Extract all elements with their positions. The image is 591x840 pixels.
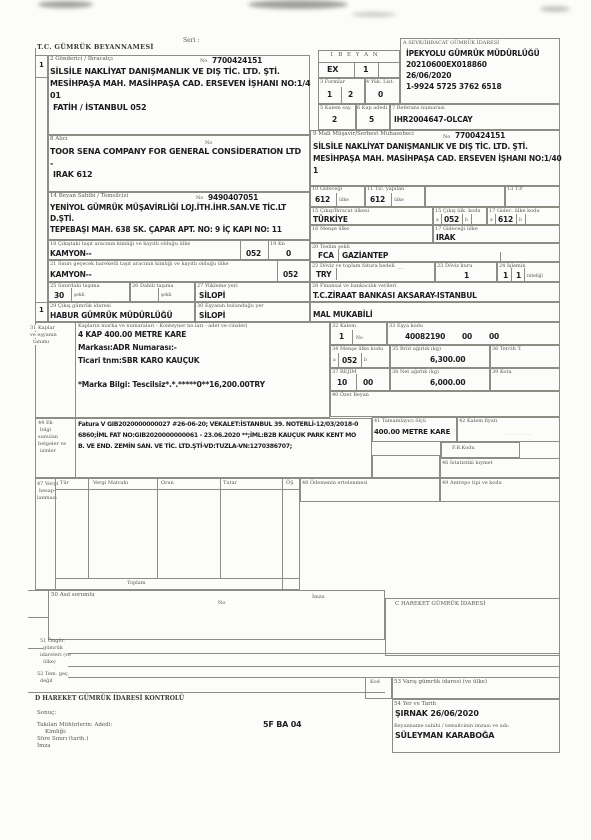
box-17a-label: 17 Gidec. ülke kodu	[489, 208, 540, 214]
box-16-label: 16 Menşe ülke	[312, 226, 349, 232]
tax-col-os: ÖŞ	[286, 480, 294, 486]
box-8-consignee	[48, 135, 310, 192]
exit-office: HABUR GÜMRÜK MÜDÜRLÜĞÜ	[50, 311, 172, 320]
declaration-date: 26/06/2020	[406, 71, 451, 80]
trading-country-code: 612	[370, 195, 385, 204]
box-17a-a: a	[490, 218, 493, 223]
sender-name: SİLSİLE NAKLİYAT DANIŞMANLIK VE DIŞ TİC.…	[50, 67, 280, 76]
divider-line	[220, 478, 221, 578]
currency-code: TRY	[316, 270, 331, 279]
advisor-name: SİLSİLE NAKLİYAT DANIŞMANLIK VE DIŞ TİC.…	[313, 142, 528, 151]
box-9-no-label: No	[443, 134, 450, 140]
divider-line	[338, 249, 339, 262]
box-21-label: 21 Sınırı geçecek hareketli taşıt aracın…	[50, 261, 229, 267]
tax-col-type: Tür	[60, 480, 69, 486]
strip-item-number-top: 1	[39, 61, 44, 69]
box-a-label: A SEVK/İHRACAT GÜMRÜK İDARESİ	[403, 40, 499, 46]
box-50-principal	[48, 590, 385, 640]
box-37-label: 37 REJİM	[332, 369, 356, 375]
box-4-label: 4 Yük. List.	[366, 79, 394, 85]
time-limit-label: Süre Sınırı (tarih.)	[37, 736, 88, 742]
fb-code-label: F.B.Kodu	[452, 445, 475, 451]
items-count: 2	[332, 115, 337, 124]
box-18-label: 18 Çıkıştaki taşıt aracının kimliği ve k…	[50, 241, 190, 247]
origin-country-code: 052	[342, 356, 357, 365]
signature-label: İmza	[37, 743, 51, 749]
box-44-side-3: sunulan	[38, 434, 58, 440]
box-11-label: 11 Tic. yapılan	[367, 186, 404, 192]
loading-lists-value: 0	[378, 90, 383, 99]
box-50-label: 50 Asıl sorumlu	[51, 592, 95, 598]
box-10-unit: ülke	[339, 198, 349, 203]
divider-line	[268, 240, 269, 260]
tax-col-amount: Tutar	[223, 480, 237, 486]
form-title: T.C. GÜMRÜK BEYANNAMESİ	[37, 43, 154, 51]
declarant-tax-number: 9490407051	[208, 193, 258, 202]
divider-line	[495, 214, 496, 225]
divider-line	[352, 330, 353, 345]
goods-location: SİLOPİ	[199, 311, 225, 320]
divider-line	[35, 77, 48, 78]
box-15a-b: b	[465, 218, 468, 223]
kod-label: Kod	[370, 679, 380, 685]
divider-line	[75, 418, 76, 478]
box-54-label: 54 Yer ve Tarih	[394, 701, 436, 707]
box-5-label: 5 Kalem say.	[320, 105, 352, 111]
sender-address-2: 01	[50, 91, 61, 100]
divider-line	[240, 240, 241, 260]
box-48-label: 48 Ödemenin ertelenmesi	[302, 480, 368, 486]
box-44-side-5: izinler	[40, 448, 56, 454]
divider-line	[525, 214, 526, 225]
box-50-no-label: No	[218, 600, 225, 606]
box-c-label: C HAREKET GÜMRÜK İDARESİ	[395, 601, 485, 607]
box-11-unit: ülke	[394, 198, 404, 203]
divider-line	[88, 478, 89, 578]
box-22-label: 22 Döviz ve toplam fatura bedeli	[312, 263, 395, 269]
box-26-label: 26 Dahili taşıma	[132, 283, 173, 289]
result-label: Sonuç:	[37, 710, 56, 716]
box-47-side-2: hesap-	[39, 488, 56, 494]
tax-total-label: Toplam	[127, 580, 145, 586]
hs-code-suffix-1: 00	[462, 332, 472, 341]
box-38-label: 38 Net ağırlık (kg)	[392, 369, 439, 375]
hs-code-suffix-2: 00	[489, 332, 499, 341]
scan-artifact	[352, 12, 396, 17]
box-31-side-label-2: ve eşyanın	[30, 332, 57, 338]
box-49-label: 49 Antrepo tipi ve kodu	[442, 480, 502, 486]
packages-count: 5	[369, 115, 374, 124]
declaration-number: 20210600EX018860	[406, 60, 487, 69]
box-3-label: 3 Formlar	[320, 79, 345, 85]
box-13-label: 13 T.P.	[507, 186, 523, 192]
divider-line	[282, 478, 283, 590]
container-flag: 0	[286, 249, 291, 258]
divider-line	[341, 87, 342, 104]
advisor-address-2: 1	[313, 166, 318, 175]
box-25-label: 25 Sınırdaki taşıma	[50, 283, 99, 289]
border-transport-identity: KAMYON--	[50, 270, 92, 279]
box-41-label: 41 Tamamlayıcı ölçü	[374, 418, 426, 424]
box-26-unit: şekli	[161, 293, 172, 298]
divider-line	[511, 268, 512, 282]
box-12-empty	[425, 185, 505, 207]
box-51-side-3: idareleri (ve	[40, 652, 71, 658]
advisor-address-1: MESİHPAŞA MAH. MASİHPAŞA CAD. ERSEVEN İŞ…	[313, 154, 562, 163]
divider-line	[68, 666, 559, 667]
declarant-name: YENİYOL GÜMRÜK MÜŞAVİRLİĞİ LOJ.İTH.İHR.S…	[50, 203, 286, 212]
box-14-label: 14 Beyan Sahibi / Temsilcisi	[50, 193, 128, 199]
forms-value-2: 2	[348, 90, 353, 99]
consignee-country: IRAK 612	[53, 170, 92, 179]
seals-label: Takılan Mühürlerin: Adedi:	[37, 722, 112, 728]
transaction-code-2: 1	[516, 271, 521, 280]
divider-line	[338, 353, 339, 368]
export-country: TÜRKİYE	[313, 215, 348, 224]
box-47-tax-table	[35, 478, 300, 590]
box-32-label: 32 Kalem	[332, 323, 356, 329]
box-15-label: 15 Çıkış/İhracat ülkesi	[312, 208, 369, 214]
box-29-label: 29 Çıkış gümrük idaresi	[50, 303, 111, 309]
box-31-side-label-3: tanımı	[33, 339, 49, 345]
scan-artifact: .......	[505, 430, 532, 437]
box-23-label: 23 Döviz kuru	[437, 263, 472, 269]
box-47-side-3: lanması	[37, 495, 57, 501]
sender-tax-number: 7700424151	[212, 56, 262, 65]
divider-line	[55, 478, 56, 590]
box-34-label: 34 Menşe ülke kodu	[332, 346, 383, 352]
box-19-label: 19 Kn	[270, 241, 285, 247]
box-51-side-4: ülke)	[43, 659, 56, 665]
box-52-side-1: 52 Tem. geç.	[37, 671, 69, 677]
scan-artifact	[540, 6, 570, 12]
brand-info: *Marka Bilgi: Tescilsiz*.*.*****0**16,20…	[78, 380, 265, 389]
box-46-label: 46 İstatistiki kıymet	[442, 460, 493, 466]
box-31-side-label-1: 31 Kaplar	[30, 325, 55, 331]
supplementary-units: 400.00 METRE KARE	[374, 428, 450, 436]
gross-weight: 6,300.00	[430, 355, 465, 364]
tax-col-base: Vergi Matrahı	[93, 480, 128, 486]
box-53-label: 53 Varış gümrük idaresi (ve ülke)	[394, 679, 487, 685]
scan-artifact	[248, 0, 348, 9]
divider-line	[71, 288, 72, 302]
margin-tick	[28, 590, 48, 591]
declaration-type-2: 1	[363, 65, 368, 74]
dest-country-code: 612	[498, 215, 513, 224]
seals-identity-label: Kimliği:	[45, 729, 67, 735]
divider-line	[28, 692, 385, 693]
box-39-label: 39 Kota	[492, 369, 512, 375]
divider-line	[68, 653, 559, 654]
marks-description: Markası:ADR Numarası:-	[78, 343, 177, 352]
box-27-label: 27 Yükleme yeri	[197, 283, 238, 289]
box-30-label: 30 Eşyanın bulunduğu yer	[197, 303, 264, 309]
export-office-name: İPEKYOLU GÜMRÜK MÜDÜRLÜĞÜ	[406, 49, 539, 58]
signature-caption: Beyanname sahibi / temsilcinin imzası ve…	[394, 723, 509, 729]
box-51-side-1: 51 Öngör.	[40, 638, 65, 644]
divider-line	[462, 214, 463, 225]
box-14-no-label: No	[196, 195, 203, 201]
box-34-b: b	[364, 358, 367, 363]
divider-line	[55, 578, 300, 579]
box-15a-a: a	[436, 218, 439, 223]
documents-line-1: Fatura V GIB2020000000027 #26-06-20; VEK…	[78, 421, 358, 428]
box-45-empty	[372, 455, 440, 478]
delivery-place: GAZİANTEP	[342, 251, 388, 260]
box-31-top-label: Kapların marka ve numaraları - Konteyner…	[78, 323, 247, 329]
box-8-label: 8 Alıcı	[50, 136, 68, 142]
box-35-label: 35 Brüt ağırlık (kg)	[392, 346, 441, 352]
divider-line	[471, 214, 472, 225]
procedure-code-2: 00	[363, 378, 373, 387]
payment-method: MAL MUKABİLİ	[313, 310, 373, 319]
box-d-title: D HAREKET GÜMRÜK İDARESİ KONTROLÜ	[35, 695, 184, 702]
divider-line	[35, 302, 48, 303]
dest-country: IRAK	[436, 233, 455, 242]
divider-line	[55, 489, 300, 490]
place-and-date: ŞIRNAK 26/06/2020	[395, 709, 479, 718]
box-44-side-2: bilgi	[40, 427, 51, 433]
divider-line	[277, 260, 278, 282]
divider-line	[356, 374, 357, 391]
box-28-label: 28 Finansal ve bankacılık verileri	[312, 283, 397, 289]
advisor-tax-number: 7700424151	[455, 131, 505, 140]
divider-line	[441, 214, 442, 225]
divider-line	[68, 677, 365, 678]
box-32-unit: No	[356, 336, 363, 341]
box-44-side-1: 44 Ek	[38, 420, 53, 426]
divider-line	[336, 193, 337, 207]
border-transport-mode: 30	[54, 291, 64, 300]
consignee-name: TOOR SENA COMPANY FOR GENERAL CONSİDERAT…	[50, 147, 301, 156]
box-42-label: 42 Kalem fiyatı	[459, 418, 497, 424]
seri-label: Seri :	[183, 37, 199, 44]
box-34-a: a	[333, 358, 336, 363]
box-33-label: 33 Eşya kodu	[389, 323, 423, 329]
divider-line	[75, 322, 76, 418]
divider-line	[361, 353, 362, 368]
box-10-label: 10 Gideceği	[312, 186, 342, 192]
divider-line	[336, 268, 337, 280]
incoterm: FCA	[318, 251, 334, 260]
declarant-signature-name: SÜLEYMAN KARABOĞA	[395, 731, 494, 740]
customs-declaration-scan: T.C. GÜMRÜK BEYANNAMESİ Seri : A SEVK/İH…	[0, 0, 591, 840]
exchange-rate: 1	[464, 271, 469, 280]
divider-line	[391, 193, 392, 207]
transport-country-code: 052	[246, 249, 261, 258]
left-item-strip	[35, 55, 48, 322]
margin-tick	[28, 648, 43, 649]
documents-line-3: B. VE END. ZEMİN SAN. VE TİC. LTD.ŞTİ-VD…	[78, 443, 292, 450]
box-7-label: 7 Referans numarası	[392, 105, 445, 111]
consignee-address-1: -	[50, 159, 53, 168]
box-24-unit: niteliği	[527, 274, 543, 279]
box-50-signature-label: İmza	[312, 594, 324, 600]
divider-line	[354, 62, 355, 78]
box-51-side-2: gümrük	[43, 645, 63, 651]
destination-code: 612	[315, 195, 330, 204]
reference-number: IHR2004647-OLCAY	[394, 115, 472, 124]
declarant-address: TEPEBAŞI MAH. 638 SK. ÇAPAR APT. NO: 9 İ…	[50, 225, 282, 234]
divider-line	[157, 478, 158, 578]
item-number: 1	[339, 332, 344, 341]
divider-line	[524, 268, 525, 282]
bank-info: T.C.ZİRAAT BANKASI AKSARAY-ISTANBUL	[313, 291, 477, 300]
box-2-label: 2 Gönderici / İhracatçı	[50, 56, 113, 62]
declaration-type: EX	[327, 65, 338, 74]
declaration-ref-number: 1-9924 5725 3762 6518	[406, 82, 501, 91]
control-code: 5F BA 04	[263, 720, 301, 729]
box-1-label: 1 B E Y A N	[330, 52, 379, 58]
scan-artifact	[38, 1, 93, 8]
loading-place: SİLOPİ	[199, 291, 225, 300]
divider-line	[378, 62, 379, 78]
sender-address-1: MESİHPAŞA MAH. MASİHPAŞA CAD. ERSEVEN İŞ…	[50, 79, 310, 88]
divider-line	[500, 252, 501, 262]
scan-artifact: ᵔᵔ	[398, 267, 403, 274]
tax-col-rate: Oran	[161, 480, 174, 486]
documents-line-2: 6860;İML FAT NO:GIB2020000000061 - 23.06…	[78, 432, 356, 439]
margin-tick	[28, 617, 48, 618]
procedure-code-1: 10	[337, 378, 347, 387]
transport-identity: KAMYON--	[50, 249, 92, 258]
sender-city: FATİH / İSTANBUL 052	[53, 103, 146, 112]
box-52-side-2: değil	[40, 678, 53, 684]
trade-name: Ticari tnm:SBR KARO KAUÇUK	[78, 356, 199, 365]
box-2-no-label: No	[200, 58, 207, 64]
box-24-label: 24 İşlemin	[499, 263, 526, 269]
net-weight: 6,000.00	[430, 378, 465, 387]
strip-item-number-bottom: 1	[39, 306, 44, 314]
divider-line	[318, 62, 400, 63]
box-25-unit: şekli	[74, 293, 85, 298]
box-40-label: 40 Özet Beyan	[332, 392, 369, 398]
forms-value-1: 1	[327, 90, 332, 99]
box-8-no-label: No	[205, 140, 212, 146]
packages-description: 4 KAP 400.00 METRE KARE	[78, 330, 186, 339]
export-country-code: 052	[444, 215, 459, 224]
box-36-label: 36 Tercih T.	[492, 346, 522, 352]
box-44-side-4: belgeler ve	[38, 441, 66, 447]
hs-code: 40082190	[405, 332, 445, 341]
box-20-label: 20 Teslim şekli	[312, 244, 350, 250]
box-6-label: 6 Kap adedi	[357, 105, 387, 111]
box-17-label: 17 Gideceği ülke	[435, 226, 478, 232]
declarant-name-2: D.ŞTİ.	[50, 214, 74, 223]
transaction-code-1: 1	[503, 271, 508, 280]
border-transport-country: 052	[283, 270, 298, 279]
divider-line	[516, 214, 517, 225]
divider-line	[158, 288, 159, 302]
box-9-label: 9 Mali Müşavir/Serbest Muhasebeci	[313, 131, 414, 137]
box-17a-b: b	[519, 218, 522, 223]
